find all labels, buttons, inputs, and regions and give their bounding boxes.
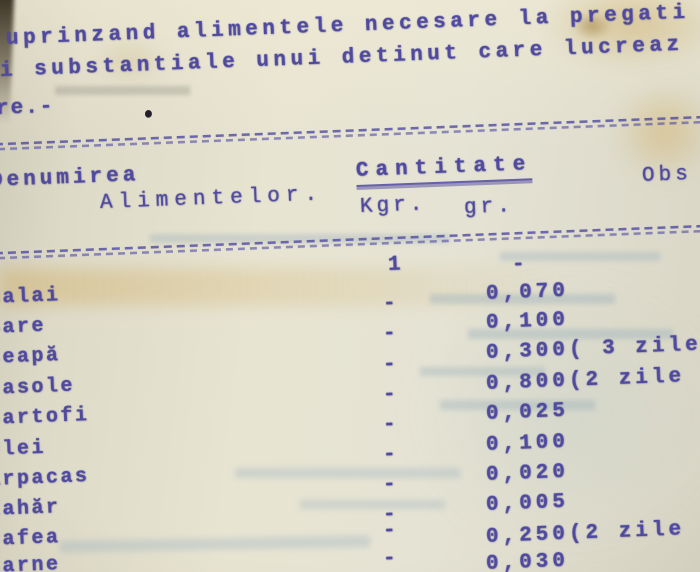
scanned-document-page: uprinzand alimentele necesare la pregati… <box>0 0 700 572</box>
food-name: Zahăr <box>0 496 61 522</box>
column-header-obs: Obs <box>642 163 693 188</box>
bleed-through-text <box>300 500 445 509</box>
unit-label-kgr: Kgr. <box>360 193 427 219</box>
gr-value: 0,070 <box>486 280 570 306</box>
kgr-value: - <box>383 383 397 407</box>
food-name: Carne <box>0 553 61 572</box>
table-separator-top <box>0 116 700 151</box>
food-name: Cartofi <box>0 404 90 431</box>
unit-label-gr: gr. <box>464 195 515 220</box>
bleed-through-text <box>235 468 460 478</box>
gr-value: 0,300( 3 zile <box>486 334 700 365</box>
food-name: Ulei <box>0 437 46 462</box>
ink-dot <box>145 110 152 118</box>
header-line-3: re.- <box>0 96 55 121</box>
gr-value: 0,250(2 zile <box>486 518 686 549</box>
kgr-value: - <box>383 547 397 571</box>
bleed-through-text <box>60 535 370 552</box>
column-header-alimentelor: Alimentelor. <box>100 183 324 215</box>
gr-value: 0,100 <box>486 431 570 457</box>
kgr-value: - <box>383 519 397 543</box>
food-name: Arpacas <box>0 465 90 492</box>
gr-value: 0,005 <box>486 491 570 517</box>
kgr-value: - <box>383 353 397 377</box>
food-name: Cafea <box>0 526 61 552</box>
gr-value: - <box>512 253 526 277</box>
column-header-cantitate: Cantitate <box>355 153 532 187</box>
kgr-value: - <box>383 443 397 467</box>
food-name: Malai <box>0 284 61 310</box>
food-name: Ceapă <box>0 344 61 370</box>
gr-value: 0,800(2 zile <box>486 365 686 396</box>
gr-value: 0,030 <box>486 550 570 572</box>
kgr-value: 1 <box>388 253 402 277</box>
column-header-denumirea: Denumirea <box>0 164 140 193</box>
gr-value: 0,020 <box>486 461 570 487</box>
table-separator-header <box>0 225 700 260</box>
kgr-value: - <box>383 292 397 316</box>
kgr-value: - <box>383 322 397 346</box>
stain <box>0 268 560 306</box>
food-name: Fasole <box>0 375 75 401</box>
gr-value: 0,100 <box>486 309 570 335</box>
kgr-value: - <box>383 413 397 437</box>
pencil-smudge <box>55 86 190 95</box>
kgr-value: - <box>383 473 397 497</box>
gr-value: 0,025 <box>486 400 570 426</box>
food-name: Sare <box>0 315 46 340</box>
